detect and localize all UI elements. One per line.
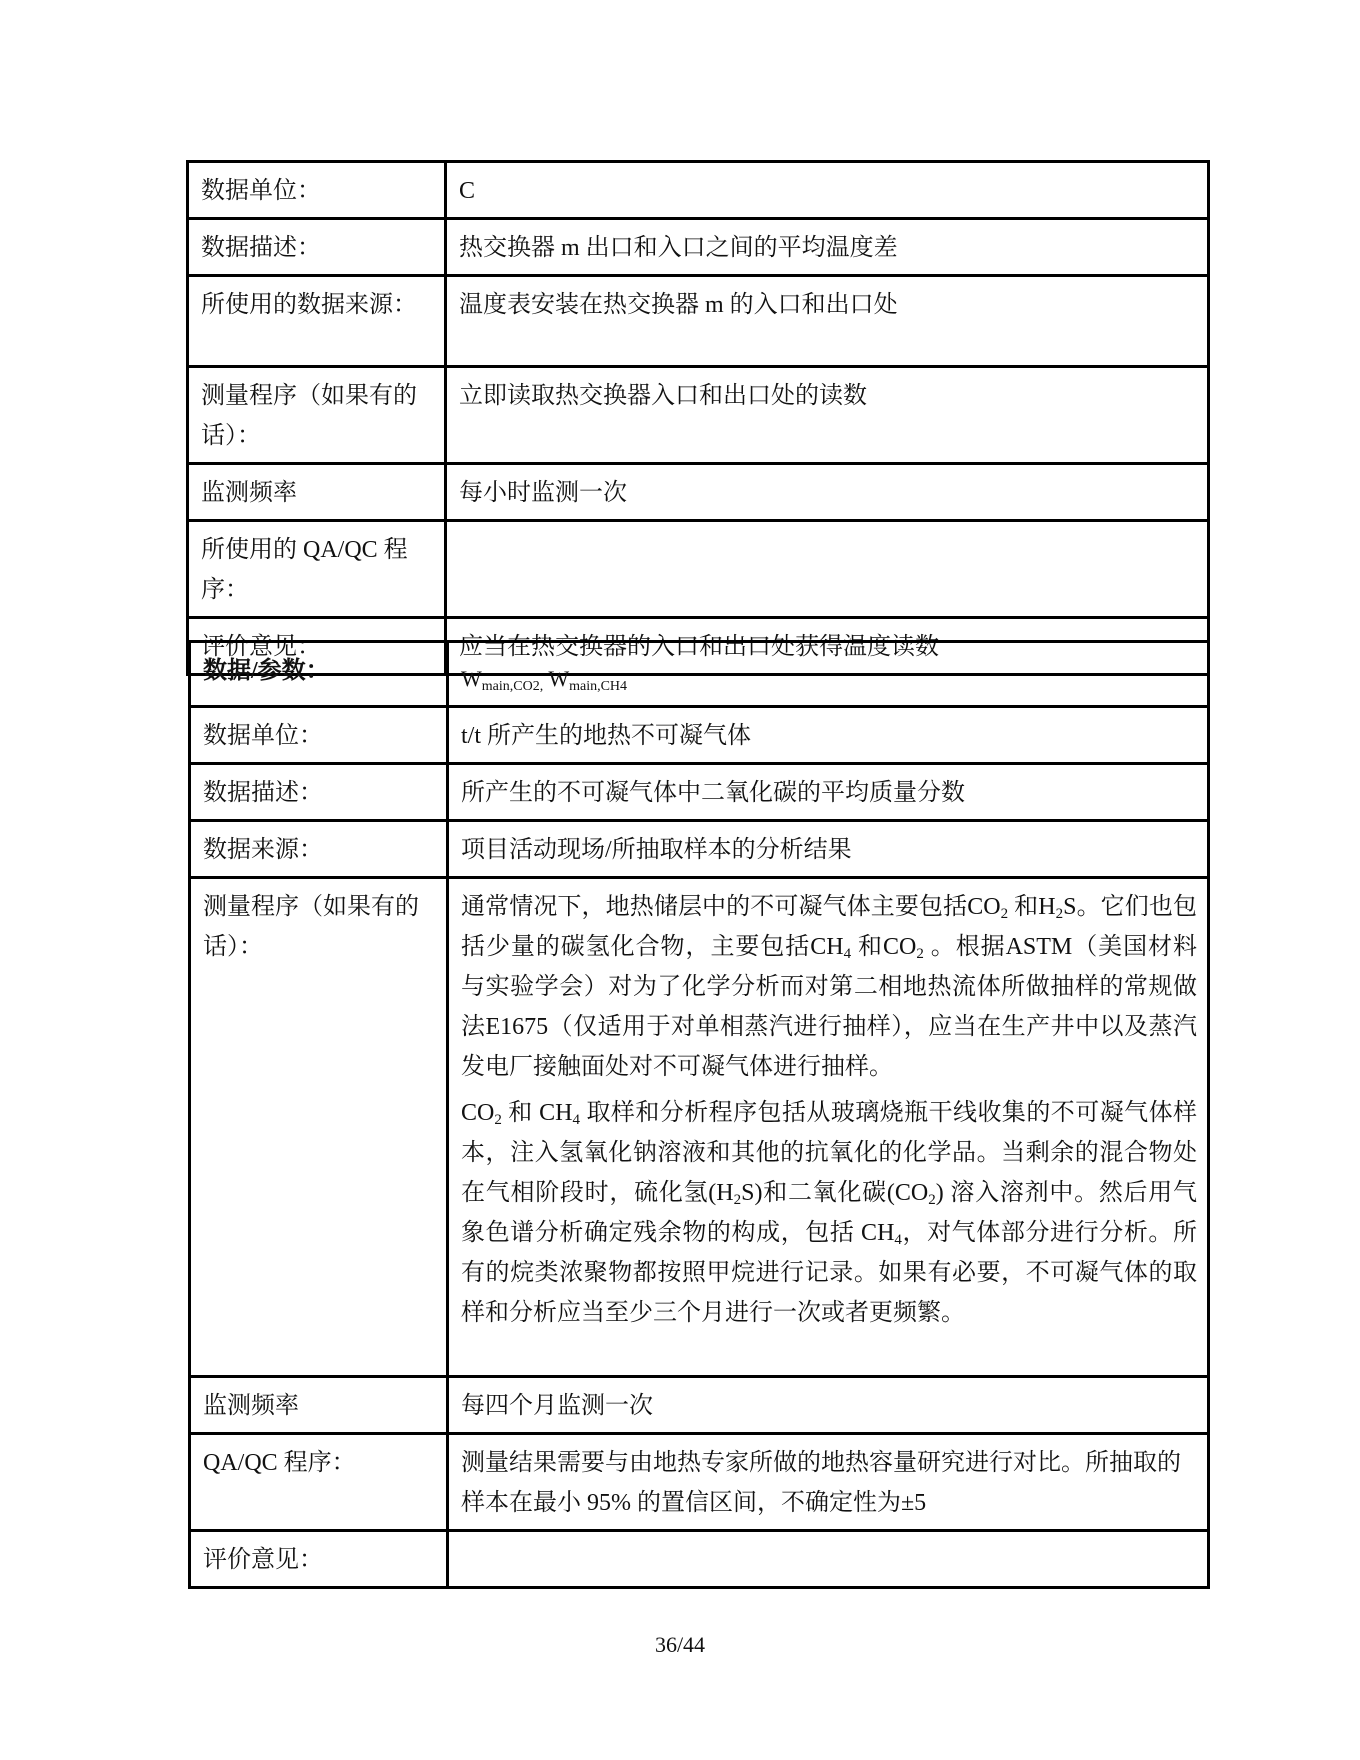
- table-row: 评价意见：: [190, 1531, 1209, 1588]
- field-label: QA/QC 程序：: [190, 1434, 448, 1531]
- symbol-subscript: main,CO2,: [482, 679, 543, 694]
- subscript: 2: [494, 1112, 502, 1128]
- field-label: 数据来源：: [190, 821, 448, 878]
- field-value: 通常情况下，地热储层中的不可凝气体主要包括CO2 和H2S。它们也包括少量的碳氢…: [448, 878, 1209, 1377]
- table-row: 数据描述： 所产生的不可凝气体中二氧化碳的平均质量分数: [190, 764, 1209, 821]
- field-value: Wmain,CO2, Wmain,CH4: [448, 642, 1209, 707]
- page-number: 36/44: [0, 1632, 1360, 1658]
- symbol-text: W: [543, 666, 569, 691]
- monitoring-table-temperature: 数据单位： C 数据描述： 热交换器 m 出口和入口之间的平均温度差 所使用的数…: [186, 160, 1210, 676]
- field-label: 所使用的数据来源：: [188, 276, 446, 367]
- table-row: 测量程序（如果有的话）： 通常情况下，地热储层中的不可凝气体主要包括CO2 和H…: [190, 878, 1209, 1377]
- field-label: 评价意见：: [190, 1531, 448, 1588]
- subscript: 2: [916, 946, 924, 962]
- field-label: 数据单位：: [188, 162, 446, 219]
- subscript: 2: [928, 1192, 936, 1208]
- field-value: C: [446, 162, 1209, 219]
- symbol-subscript: main,CH4: [569, 679, 627, 694]
- field-label: 数据/参数：: [190, 642, 448, 707]
- table-row: 数据单位： C: [188, 162, 1209, 219]
- field-value: 立即读取热交换器入口和出口处的读数: [446, 367, 1209, 464]
- field-value: 所产生的不可凝气体中二氧化碳的平均质量分数: [448, 764, 1209, 821]
- subscript: 2: [1001, 906, 1009, 922]
- procedure-paragraph-1: 通常情况下，地热储层中的不可凝气体主要包括CO2 和H2S。它们也包括少量的碳氢…: [461, 887, 1197, 1087]
- field-value: [446, 521, 1209, 618]
- text: 和CO: [851, 934, 916, 960]
- field-value: [448, 1531, 1209, 1588]
- field-label: 监测频率: [190, 1377, 448, 1434]
- field-label: 数据单位：: [190, 707, 448, 764]
- field-value: 温度表安装在热交换器 m 的入口和出口处: [446, 276, 1209, 367]
- text: S)和二氧化碳(CO: [741, 1180, 928, 1206]
- procedure-paragraph-2: CO2 和 CH4 取样和分析程序包括从玻璃烧瓶干线收集的不可凝气体样本，注入氢…: [461, 1093, 1197, 1333]
- text: 和 CH: [502, 1100, 573, 1126]
- field-label: 数据描述：: [188, 219, 446, 276]
- field-value: 项目活动现场/所抽取样本的分析结果: [448, 821, 1209, 878]
- field-value: 每四个月监测一次: [448, 1377, 1209, 1434]
- symbol-text: W: [461, 666, 482, 691]
- table-row: 数据/参数： Wmain,CO2, Wmain,CH4: [190, 642, 1209, 707]
- text: 通常情况下，地热储层中的不可凝气体主要包括CO: [461, 894, 1001, 920]
- table-row: 数据单位： t/t 所产生的地热不可凝气体: [190, 707, 1209, 764]
- table-row: 数据来源： 项目活动现场/所抽取样本的分析结果: [190, 821, 1209, 878]
- text: CO: [461, 1100, 494, 1126]
- table-row: 监测频率 每小时监测一次: [188, 464, 1209, 521]
- table-row: 测量程序（如果有的话）： 立即读取热交换器入口和出口处的读数: [188, 367, 1209, 464]
- text: 和H: [1008, 894, 1056, 920]
- field-label: 监测频率: [188, 464, 446, 521]
- subscript: 4: [894, 1232, 902, 1248]
- table-row: 所使用的数据来源： 温度表安装在热交换器 m 的入口和出口处: [188, 276, 1209, 367]
- field-value: 每小时监测一次: [446, 464, 1209, 521]
- field-label: 测量程序（如果有的话）：: [190, 878, 448, 1377]
- table-row: QA/QC 程序： 测量结果需要与由地热专家所做的地热容量研究进行对比。所抽取的…: [190, 1434, 1209, 1531]
- table-row: 监测频率 每四个月监测一次: [190, 1377, 1209, 1434]
- field-label: 测量程序（如果有的话）：: [188, 367, 446, 464]
- subscript: 2: [1056, 906, 1064, 922]
- field-value: t/t 所产生的地热不可凝气体: [448, 707, 1209, 764]
- field-value: 热交换器 m 出口和入口之间的平均温度差: [446, 219, 1209, 276]
- field-label: 所使用的 QA/QC 程序：: [188, 521, 446, 618]
- subscript: 4: [573, 1112, 581, 1128]
- field-label: 数据描述：: [190, 764, 448, 821]
- monitoring-table-ncg-fraction: 数据/参数： Wmain,CO2, Wmain,CH4 数据单位： t/t 所产…: [188, 640, 1210, 1589]
- table-row: 数据描述： 热交换器 m 出口和入口之间的平均温度差: [188, 219, 1209, 276]
- subscript: 4: [844, 946, 852, 962]
- table-row: 所使用的 QA/QC 程序：: [188, 521, 1209, 618]
- field-value: 测量结果需要与由地热专家所做的地热容量研究进行对比。所抽取的样本在最小 95% …: [448, 1434, 1209, 1531]
- parameter-symbol: Wmain,CO2, Wmain,CH4: [461, 666, 627, 691]
